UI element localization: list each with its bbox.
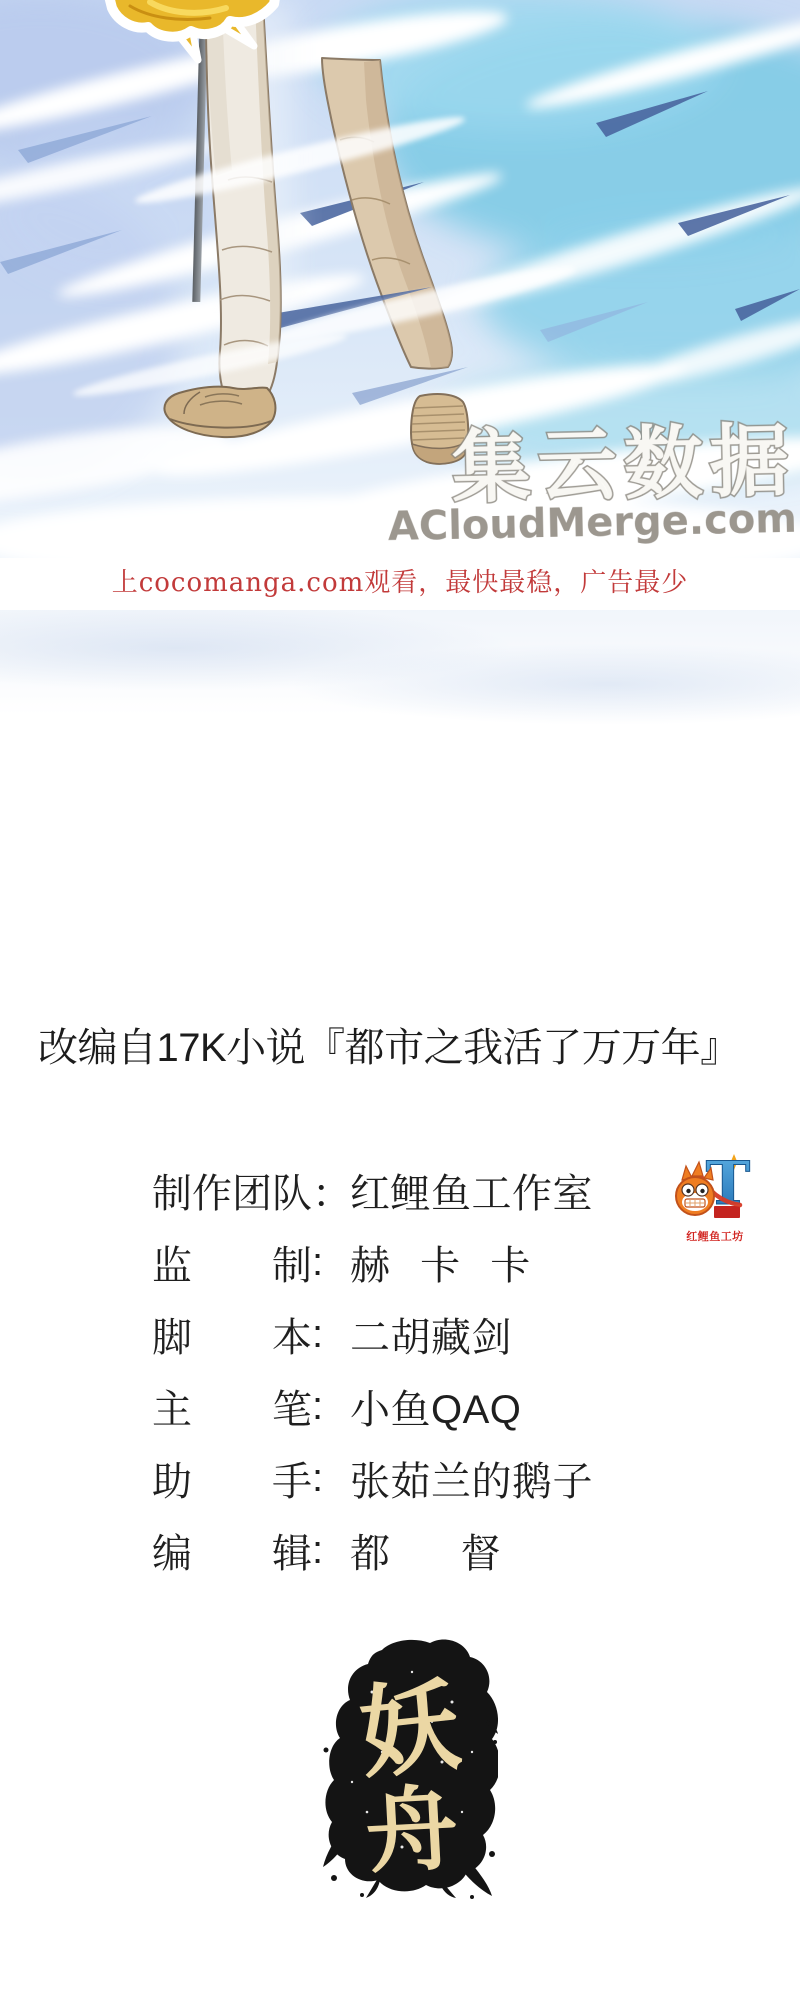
credit-name: 赫 卡 卡 — [350, 1234, 531, 1291]
credit-colon: : — [312, 1312, 350, 1357]
credit-name: 都 督 — [350, 1522, 501, 1579]
credit-row: 监制 : 赫 卡 卡 — [152, 1226, 593, 1298]
seal-art: 妖 舟 — [322, 1632, 498, 1900]
credit-colon: : — [312, 1240, 350, 1285]
credit-row: 助手 : 张茹兰的鹅子 — [152, 1442, 593, 1514]
studio-logo-art: T 红鲤鱼工坊 — [672, 1152, 758, 1244]
studio-logo: T 红鲤鱼工坊 — [672, 1152, 758, 1249]
credit-role: 主笔 — [152, 1378, 312, 1435]
haze-fade — [0, 610, 800, 745]
credit-name: 二胡藏剑 — [350, 1306, 512, 1363]
comic-page: 集云数据 ACloudMerge.com 上cocomanga.com观看，最快… — [0, 0, 800, 2000]
credit-row: 脚本 : 二胡藏剑 — [152, 1298, 593, 1370]
credit-row: 主笔 : 小鱼QAQ — [152, 1370, 593, 1442]
credit-colon: : — [312, 1456, 350, 1501]
watermark: 集云数据 ACloudMerge.com — [386, 420, 798, 547]
credit-role: 编辑 — [152, 1522, 312, 1579]
studio-seal: 妖 舟 — [322, 1632, 498, 1905]
credit-name: 小鱼QAQ — [350, 1378, 521, 1435]
credit-row: 制作团队 ： 红鲤鱼工作室 — [152, 1154, 593, 1226]
credit-name: 张茹兰的鹅子 — [350, 1450, 593, 1507]
promo-text: 上cocomanga.com观看，最快最稳，广告最少 — [0, 562, 800, 599]
logo-pedestal — [714, 1206, 740, 1218]
watermark-domain: ACloudMerge.com — [387, 499, 797, 548]
seal-char-bottom: 舟 — [363, 1774, 461, 1887]
credit-role: 监制 — [152, 1234, 312, 1291]
credit-colon: : — [312, 1384, 350, 1429]
credit-colon: ： — [312, 1162, 350, 1219]
studio-logo-caption: 红鲤鱼工坊 — [686, 1229, 744, 1243]
credit-role: 助手 — [152, 1450, 312, 1507]
credits-list: 制作团队 ： 红鲤鱼工作室 监制 : 赫 卡 卡 脚本 : 二胡藏剑 主笔 : … — [152, 1154, 593, 1586]
credit-role: 脚本 — [152, 1306, 312, 1363]
credit-row: 编辑 : 都 督 — [152, 1514, 593, 1586]
credit-colon: : — [312, 1528, 350, 1573]
credit-role: 制作团队 — [152, 1162, 312, 1219]
credit-name: 红鲤鱼工作室 — [350, 1162, 593, 1219]
adaptation-note: 改编自17K小说『都市之我活了万万年』 — [38, 1016, 740, 1073]
